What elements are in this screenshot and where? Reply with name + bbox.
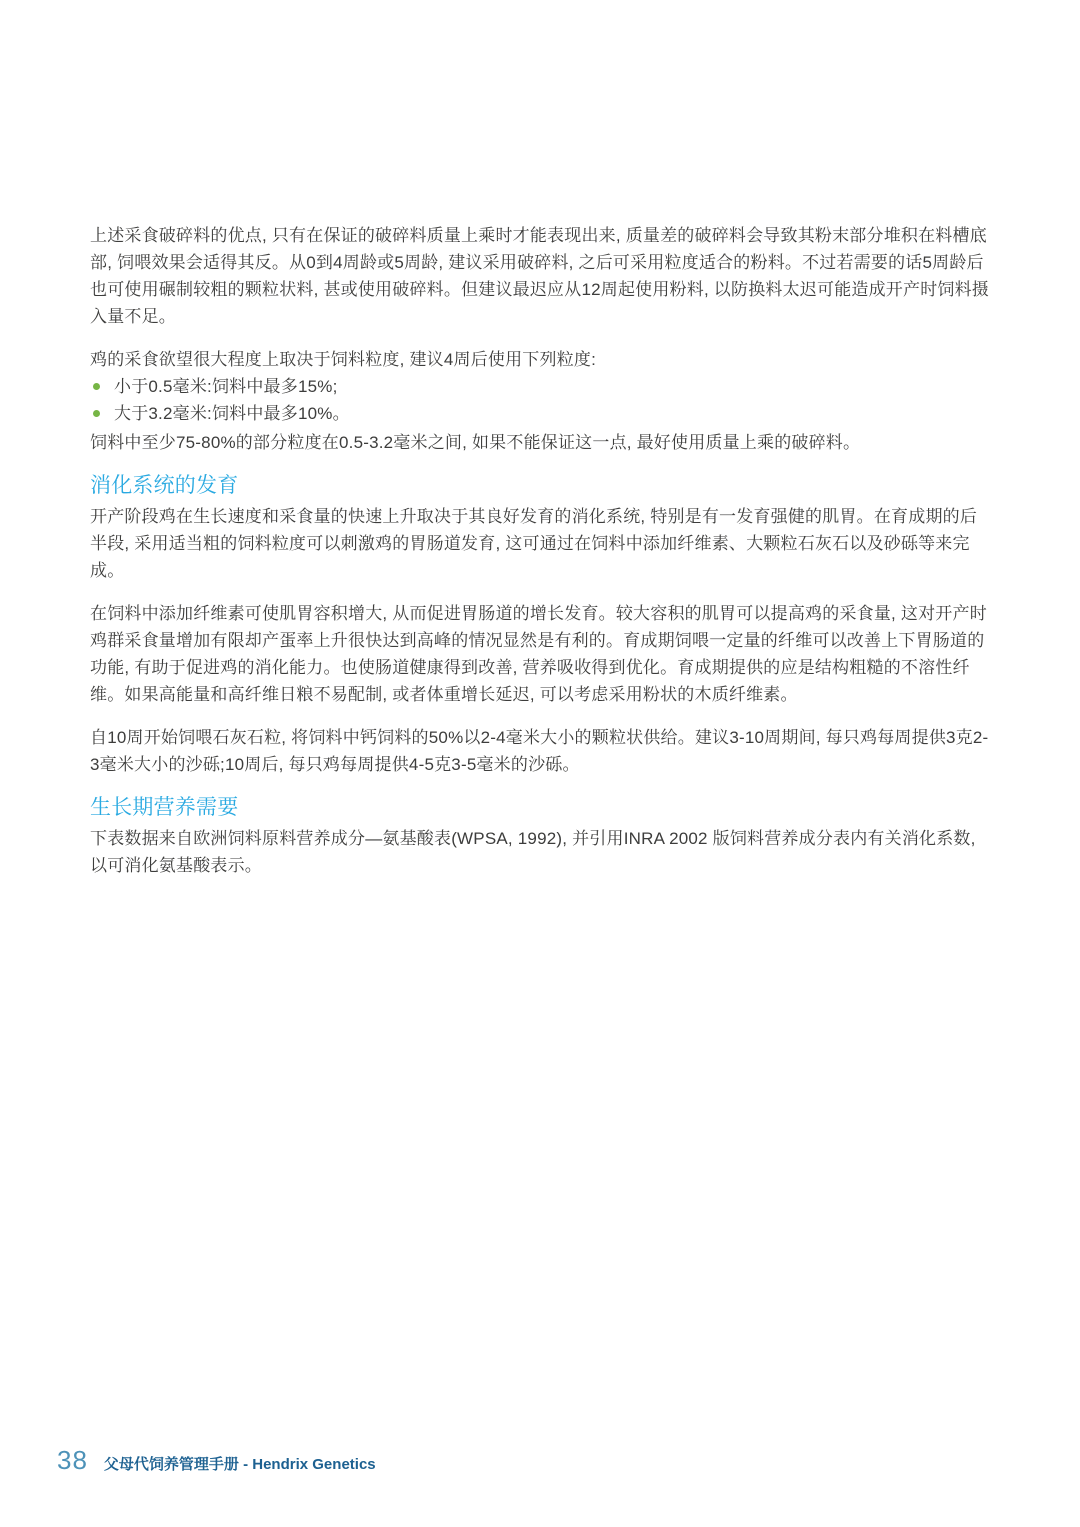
section-heading-digestive-system: 消化系统的发育 <box>90 472 990 500</box>
list-item-text: 小于0.5毫米:饲料中最多15%; <box>114 377 338 396</box>
booklet-title: 父母代饲养管理手册 - Hendrix Genetics <box>104 1453 376 1474</box>
bullet-dot-icon <box>93 383 100 390</box>
paragraph-particle-range: 饲料中至少75-80%的部分粒度在0.5-3.2毫米之间, 如果不能保证这一点,… <box>90 429 990 456</box>
page-footer: 38 父母代饲养管理手册 - Hendrix Genetics <box>57 1446 376 1474</box>
list-item: 大于3.2毫米:饲料中最多10%。 <box>90 400 990 427</box>
paragraph-crumble-quality: 上述采食破碎料的优点, 只有在保证的破碎料质量上乘时才能表现出来, 质量差的破碎… <box>90 222 990 330</box>
paragraph-nutrition-1: 下表数据来自欧洲饲料原料营养成分—氨基酸表(WPSA, 1992), 并引用IN… <box>90 825 990 879</box>
paragraph-digestive-1: 开产阶段鸡在生长速度和采食量的快速上升取决于其良好发育的消化系统, 特别是有一发… <box>90 503 990 584</box>
document-page: 上述采食破碎料的优点, 只有在保证的破碎料质量上乘时才能表现出来, 质量差的破碎… <box>0 0 1080 1527</box>
page-content: 上述采食破碎料的优点, 只有在保证的破碎料质量上乘时才能表现出来, 质量差的破碎… <box>90 222 990 895</box>
particle-size-list: 小于0.5毫米:饲料中最多15%; 大于3.2毫米:饲料中最多10%。 <box>90 373 990 427</box>
bullet-dot-icon <box>93 410 100 417</box>
paragraph-digestive-3: 自10周开始饲喂石灰石粒, 将饲料中钙饲料的50%以2-4毫米大小的颗粒状供给。… <box>90 724 990 778</box>
paragraph-particle-size-intro: 鸡的采食欲望很大程度上取决于饲料粒度, 建议4周后使用下列粒度: <box>90 346 990 373</box>
section-heading-growth-nutrition: 生长期营养需要 <box>90 794 990 822</box>
paragraph-digestive-2: 在饲料中添加纤维素可使肌胃容积增大, 从而促进胃肠道的增长发育。较大容积的肌胃可… <box>90 600 990 708</box>
list-item: 小于0.5毫米:饲料中最多15%; <box>90 373 990 400</box>
page-number: 38 <box>57 1446 88 1474</box>
list-item-text: 大于3.2毫米:饲料中最多10%。 <box>114 404 350 423</box>
